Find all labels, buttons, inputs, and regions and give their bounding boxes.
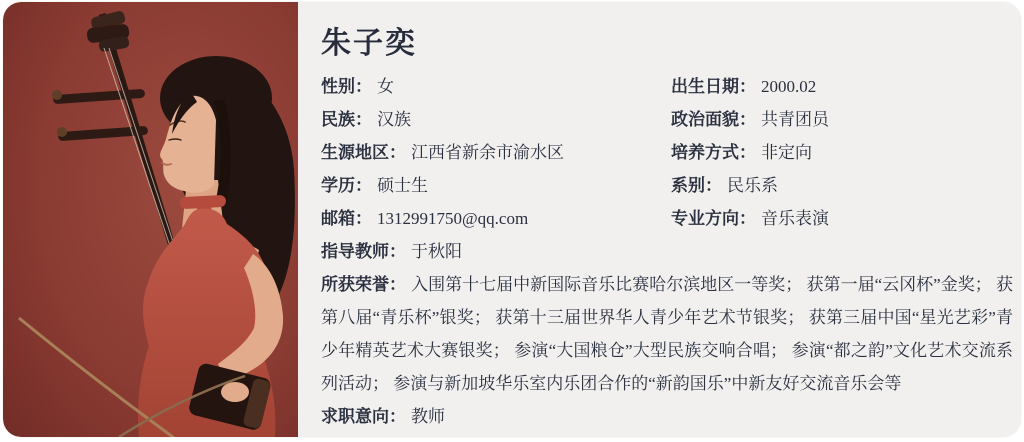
field-gender-value: 女 [377, 77, 394, 96]
field-major: 专业方向：音乐表演 [671, 202, 1013, 235]
field-political-status: 政治面貌：共青团员 [671, 103, 1013, 136]
field-education: 学历：硕士生 [321, 169, 671, 202]
job-intention-label: 求职意向： [321, 407, 406, 426]
honors-label: 所获荣誉： [321, 275, 406, 294]
field-ethnicity: 民族：汉族 [321, 103, 671, 136]
field-political-status-value: 共青团员 [761, 110, 829, 129]
field-gender: 性别：女 [321, 70, 671, 103]
field-training-mode-value: 非定向 [761, 143, 812, 162]
field-training-mode-label: 培养方式： [671, 143, 756, 162]
field-advisor-value: 于秋阳 [411, 242, 462, 261]
field-ethnicity-value: 汉族 [377, 110, 411, 129]
field-email-value: 1312991750@qq.com [377, 209, 528, 228]
field-department-label: 系别： [671, 176, 722, 195]
field-ethnicity-label: 民族： [321, 110, 372, 129]
field-email: 邮箱：1312991750@qq.com [321, 202, 671, 235]
honors-text: 入围第十七届中新国际音乐比赛哈尔滨地区一等奖； 获第一届“云冈杯”金奖； 获第八… [321, 275, 1013, 393]
honors-paragraph: 所获荣誉：入围第十七届中新国际音乐比赛哈尔滨地区一等奖； 获第一届“云冈杯”金奖… [321, 268, 1013, 400]
field-gender-label: 性别： [321, 77, 372, 96]
erhu-portrait-illustration [3, 2, 298, 437]
field-birth-date-label: 出生日期： [671, 77, 756, 96]
profile-info-panel: 朱子奕 性别：女 民族：汉族 生源地区：江西省新余市渝水区 学历：硕士生 邮箱：… [321, 2, 1013, 437]
profile-photo [3, 2, 298, 437]
profile-fields: 性别：女 民族：汉族 生源地区：江西省新余市渝水区 学历：硕士生 邮箱：1312… [321, 70, 1013, 268]
candidate-name: 朱子奕 [321, 24, 1013, 64]
fields-column-right: 出生日期：2000.02 政治面貌：共青团员 培养方式：非定向 系别：民乐系 专… [671, 70, 1013, 268]
field-advisor: 指导教师：于秋阳 [321, 235, 671, 268]
fields-column-left: 性别：女 民族：汉族 生源地区：江西省新余市渝水区 学历：硕士生 邮箱：1312… [321, 70, 671, 268]
field-department: 系别：民乐系 [671, 169, 1013, 202]
field-origin-region: 生源地区：江西省新余市渝水区 [321, 136, 671, 169]
field-political-status-label: 政治面貌： [671, 110, 756, 129]
field-major-label: 专业方向： [671, 209, 756, 228]
resume-card: 朱子奕 性别：女 民族：汉族 生源地区：江西省新余市渝水区 学历：硕士生 邮箱：… [3, 2, 1021, 437]
field-major-value: 音乐表演 [761, 209, 829, 228]
field-origin-region-value: 江西省新余市渝水区 [411, 143, 564, 162]
field-origin-region-label: 生源地区： [321, 143, 406, 162]
field-education-label: 学历： [321, 176, 372, 195]
field-birth-date-value: 2000.02 [761, 77, 816, 96]
field-advisor-label: 指导教师： [321, 242, 406, 261]
field-department-value: 民乐系 [727, 176, 778, 195]
field-email-label: 邮箱： [321, 209, 372, 228]
job-intention: 求职意向：教师 [321, 400, 1013, 433]
field-birth-date: 出生日期：2000.02 [671, 70, 1013, 103]
job-intention-value: 教师 [411, 407, 445, 426]
field-training-mode: 培养方式：非定向 [671, 136, 1013, 169]
field-education-value: 硕士生 [377, 176, 428, 195]
